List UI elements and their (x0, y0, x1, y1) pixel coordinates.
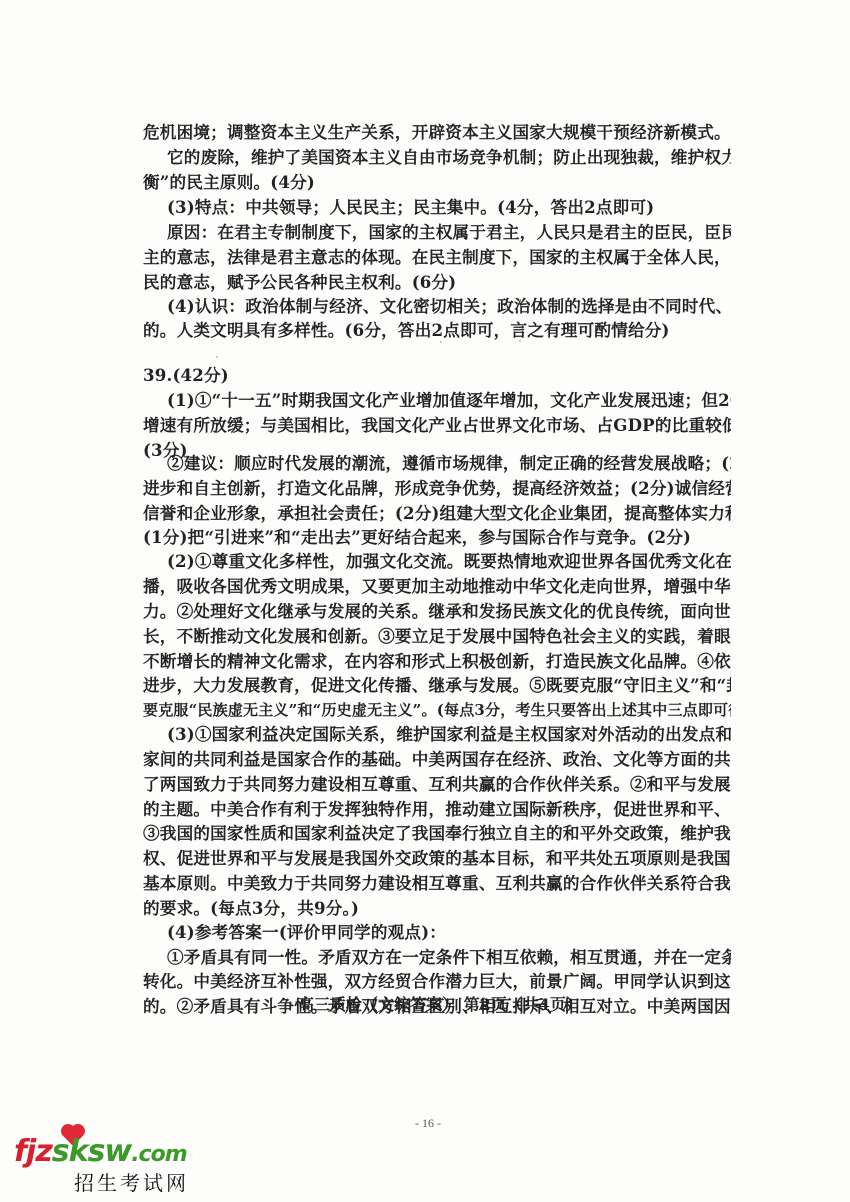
text-line: 原因：在君主专制制度下，国家的主权属于君主，人民只是君主的臣民，臣民不能违背君 (167, 220, 731, 244)
text-line: 主的意志，法律是君主意志的体现。在民主制度下，国家的主权属于全体人民，法律体现了… (143, 245, 731, 269)
logo-chinese-name: 招生考试网 (74, 1167, 189, 1196)
scan-speck (519, 340, 521, 342)
text-line: 民的意志，赋予公民各种民主权利。(6分) (143, 270, 731, 294)
text-line: 的要求。(每点3分，共9分。) (143, 896, 731, 920)
text-line: ①矛盾具有同一性。矛盾双方在一定条件下相互依赖，相互贯通，并在一定条件下相互 (167, 945, 731, 969)
text-line: 基本原则。中美致力于共同努力建设相互尊重、互利共赢的合作伙伴关系符合我国外交政策 (143, 871, 731, 895)
text-line: 家间的共同利益是国家合作的基础。中美两国存在经济、政治、文化等方面的共同利益决定 (143, 747, 731, 771)
text-line: (2)①尊重文化多样性，加强文化交流。既要热情地欢迎世界各国优秀文化在中国的传 (167, 549, 731, 573)
text-line: 长，不断推动文化发展和创新。③要立足于发展中国特色社会主义的实践，着眼于人民群众 (143, 624, 731, 648)
text-line: 信誉和企业形象，承担社会责任；(2分)组建大型文化企业集团，提高整体实力和国际竞… (143, 501, 731, 525)
text-line: (3)①国家利益决定国际关系，维护国家利益是主权国家对外活动的出发点和落脚点，国 (167, 722, 731, 746)
text-line: 转化。中美经济互补性强，双方经贸合作潜力巨大，前景广阔。甲同学认识到这一点，是正… (143, 969, 731, 993)
text-line: (1分)把“引进来”和“走出去”更好结合起来，参与国际合作与竞争。(2分) (143, 525, 731, 549)
text-line: ②建议：顺应时代发展的潮流，遵循市场规律，制定正确的经营发展战略；(2分)依靠科… (167, 451, 731, 475)
text-line: 不断增长的精神文化需求，在内容和形式上积极创新，打造民族文化品牌。④依靠科学技术 (143, 649, 731, 673)
text-line: (3)特点：中共领导；人民民主；民主集中。(4分，答出2点即可) (167, 195, 731, 219)
text-line: 39.(42分) (143, 363, 731, 387)
scan-speck (440, 341, 442, 343)
text-line: 它的废除，维护了美国资本主义自由市场竞争机制；防止出现独裁，维护权力“制约与平 (167, 145, 731, 169)
text-line: 危机困境；调整资本主义生产关系，开辟资本主义国家大规模干预经济新模式。(4分) (143, 120, 731, 144)
text-line: 的主题。中美合作有利于发挥独特作用，推动建立国际新秩序，促进世界和平、稳定和繁荣… (143, 797, 731, 821)
text-line: (4)参考答案一(评价甲同学的观点)： (167, 920, 731, 944)
text-line: 进步和自主创新，打造文化品牌，形成竞争优势，提高经济效益；(2分)诚信经营，树立… (143, 476, 731, 500)
text-line: 权、促进世界和平与发展是我国外交政策的基本目标，和平共处五项原则是我国对外关系的 (143, 846, 731, 870)
text-line: 的。人类文明具有多样性。(6分，答出2点即可，言之有理可酌情给分) (143, 318, 731, 342)
document-page: 危机困境；调整资本主义生产关系，开辟资本主义国家大规模干预经济新模式。(4分)它… (0, 0, 850, 1202)
page-number: - 16 - (408, 1114, 448, 1132)
page-footer-title: 高三质检（文综答案） 第2页（共4页） (298, 994, 618, 1016)
text-line: 要克服“民族虚无主义”和“历史虚无主义”。(每点3分，考生只要答出上述其中三点即… (143, 698, 731, 722)
text-line: 了两国致力于共同努力建设相互尊重、互利共赢的合作伙伴关系。②和平与发展是当今时代 (143, 772, 731, 796)
text-line: ③我国的国家性质和国家利益决定了我国奉行独立自主的和平外交政策，维护我国独立和主 (143, 821, 731, 845)
text-line: (4)认识：政治体制与经济、文化密切相关；政治体制的选择是由不同时代、不同国情决… (167, 294, 731, 318)
text-line: 增速有所放缓；与美国相比，我国文化产业占世界文化市场、占GDP的比重较低，差距较… (143, 413, 731, 437)
text-line: (1)①“十一五”时期我国文化产业增加值逐年增加，文化产业发展迅速；但2008、… (167, 388, 731, 412)
scan-speck (216, 356, 218, 358)
text-line: 力。②处理好文化继承与发展的关系。继承和发扬民族文化的优良传统，面向世界，博采众 (143, 599, 731, 623)
text-line: 衡”的民主原则。(4分) (143, 170, 731, 194)
site-watermark-logo: fjzsksw.com 招生考试网 (12, 1135, 182, 1197)
text-line: 播，吸收各国优秀文明成果，又要更加主动地推动中华文化走向世界，增强中华文化国际影… (143, 574, 731, 598)
text-line: 进步，大力发展教育，促进文化传播、继承与发展。⑤既要克服“守旧主义”和“封闭主义… (143, 673, 731, 697)
